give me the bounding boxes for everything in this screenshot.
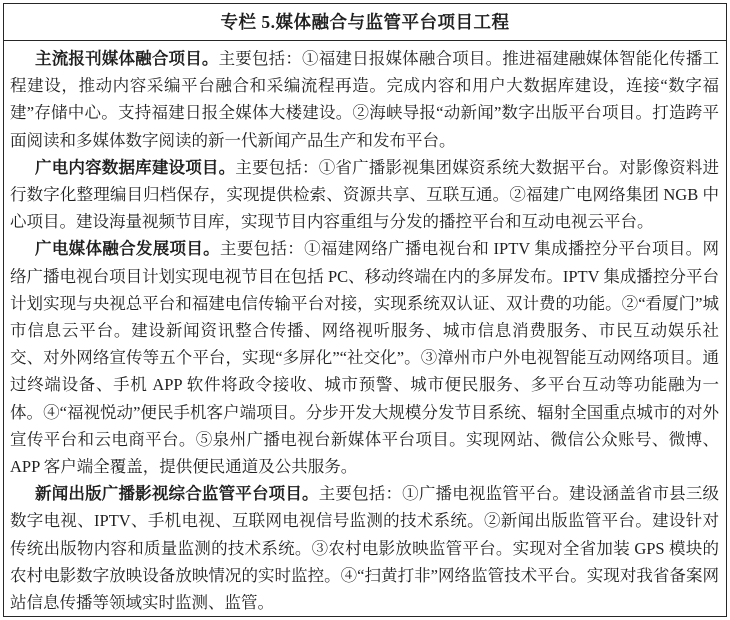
paragraph-mainstream-press: 主流报刊媒体融合项目。主要包括：①福建日报媒体融合项目。推进福建融媒体智能化传播…: [10, 45, 719, 154]
paragraph-broadcast-media-fusion: 广电媒体融合发展项目。主要包括：①福建网络广播电视台和 IPTV 集成播控分平台…: [10, 235, 719, 480]
document-page: 专栏 5.媒体融合与监管平台项目工程 主流报刊媒体融合项目。主要包括：①福建日报…: [0, 0, 730, 620]
paragraph-lead: 广电媒体融合发展项目。: [35, 239, 220, 258]
paragraph-supervision-platform: 新闻出版广播影视综合监管平台项目。主要包括：①广播电视监管平台。建设涵盖省市县三…: [10, 480, 719, 616]
paragraph-lead: 新闻出版广播影视综合监管平台项目。: [35, 484, 319, 503]
paragraph-body: 主要包括：①广播电视监管平台。建设涵盖省市县三级数字电视、IPTV、手机电视、互…: [10, 484, 719, 612]
paragraph-body: 主要包括：①福建网络广播电视台和 IPTV 集成播控分平台项目。网络广播电视台项…: [10, 239, 719, 476]
paragraph-lead: 广电内容数据库建设项目。: [35, 158, 235, 177]
column-box: 专栏 5.媒体融合与监管平台项目工程 主流报刊媒体融合项目。主要包括：①福建日报…: [3, 3, 727, 617]
paragraph-lead: 主流报刊媒体融合项目。: [35, 49, 219, 68]
column-box-content: 主流报刊媒体融合项目。主要包括：①福建日报媒体融合项目。推进福建融媒体智能化传播…: [4, 41, 726, 616]
paragraph-broadcast-database: 广电内容数据库建设项目。主要包括：①省广播影视集团媒资系统大数据平台。对影像资料…: [10, 154, 719, 236]
column-box-title: 专栏 5.媒体融合与监管平台项目工程: [4, 4, 726, 41]
